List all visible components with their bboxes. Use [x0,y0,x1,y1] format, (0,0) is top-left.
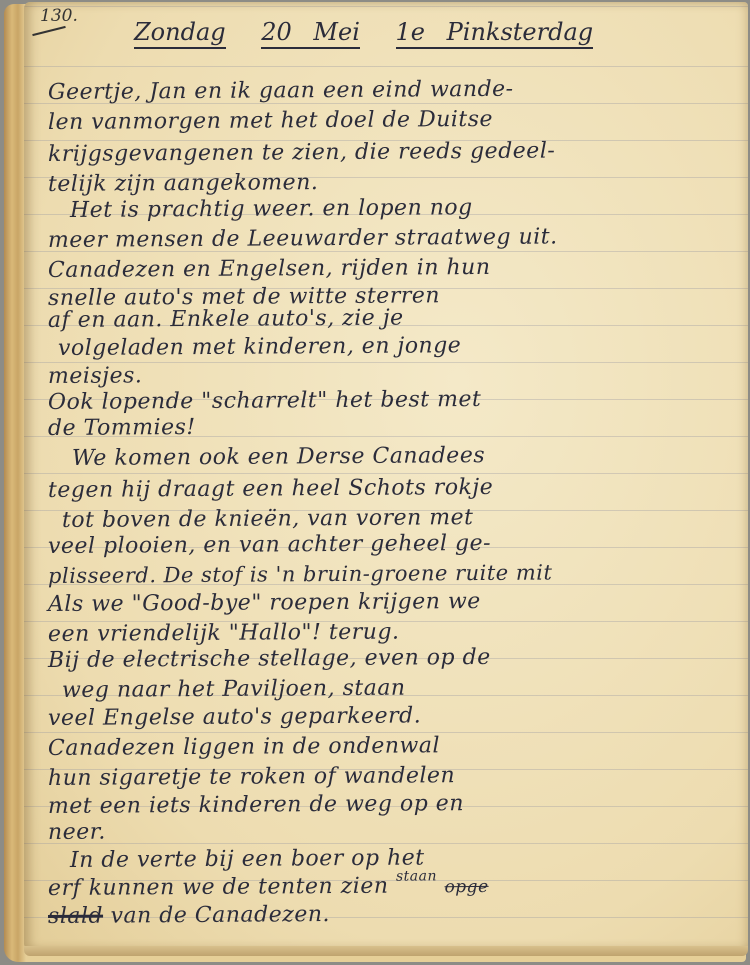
text-line: tegen hij draagt een heel Schots rokje [48,475,493,503]
heading-day: Zondag [134,18,226,49]
inserted-word: staan [396,868,437,884]
text-line: len vanmorgen met het doel de Duitse [48,107,493,135]
text-line: telijk zijn aangekomen. [48,170,318,197]
struck-word: opge [444,877,488,897]
text-line: Als we "Good-bye" roepen krijgen we [48,589,481,617]
text-line: volgeladen met kinderen, en jonge [58,333,461,361]
text-line: hun sigaretje te roken of wandelen [48,763,455,791]
struck-word: slald [48,904,103,929]
text-line: Bij de electrische stellage, even op de [48,645,491,673]
notebook-page: 130. Zondag 20 Mei 1e Pinksterdag Geertj… [24,2,748,950]
heading-occasion: 1e Pinksterdag [396,18,594,49]
text-line: meer mensen de Leeuwarder straatweg uit. [48,224,558,253]
text-line: de Tommies! [48,415,196,441]
text-line: Canadezen en Engelsen, rijden in hun [48,255,491,283]
text-line: veel plooien, en van achter geheel ge- [48,531,491,559]
page-number-underline [32,26,65,36]
text-line: met een iets kinderen de weg op en [48,791,464,819]
handwritten-entry: 130. Zondag 20 Mei 1e Pinksterdag Geertj… [24,2,748,950]
text-line: krijgsgevangenen te zien, die reeds gede… [48,138,555,167]
text-line: weg naar het Paviljoen, staan [62,676,406,703]
text-line: tot boven de knieën, van voren met [62,505,474,533]
text-line: In de verte bij een boer op het [70,846,425,873]
text-line: meisjes. [48,363,143,389]
entry-heading: Zondag 20 Mei 1e Pinksterdag [134,18,607,46]
text-line: Het is prachtig weer. en lopen nog [70,195,473,223]
text-line: neer. [48,820,106,845]
page-bottom-edge [24,946,748,956]
text-line: We komen ook een Derse Canadees [72,443,485,471]
text-line: af en aan. Enkele auto's, zie je [48,306,404,333]
text-line: Ook lopende "scharrelt" het best met [48,387,481,415]
text-line: een vriendelijk "Hallo"! terug. [48,620,400,647]
text-line: Canadezen liggen in de ondenwal [48,733,440,761]
text-line: plisseerd. De stof is 'n bruin-groene ru… [48,560,553,588]
page-number: 130. [40,6,78,26]
text-line-with-correction: erf kunnen we de tenten zien staan opge [48,873,489,901]
text-line: erf kunnen we de tenten zien [48,874,389,901]
text-line: veel Engelse auto's geparkeerd. [48,703,421,731]
text-line-with-correction: slald van de Canadezen. [48,902,330,929]
heading-date: 20 Mei [261,18,360,49]
text-line: van de Canadezen. [110,902,330,929]
text-line: Geertje, Jan en ik gaan een eind wande- [48,77,514,105]
